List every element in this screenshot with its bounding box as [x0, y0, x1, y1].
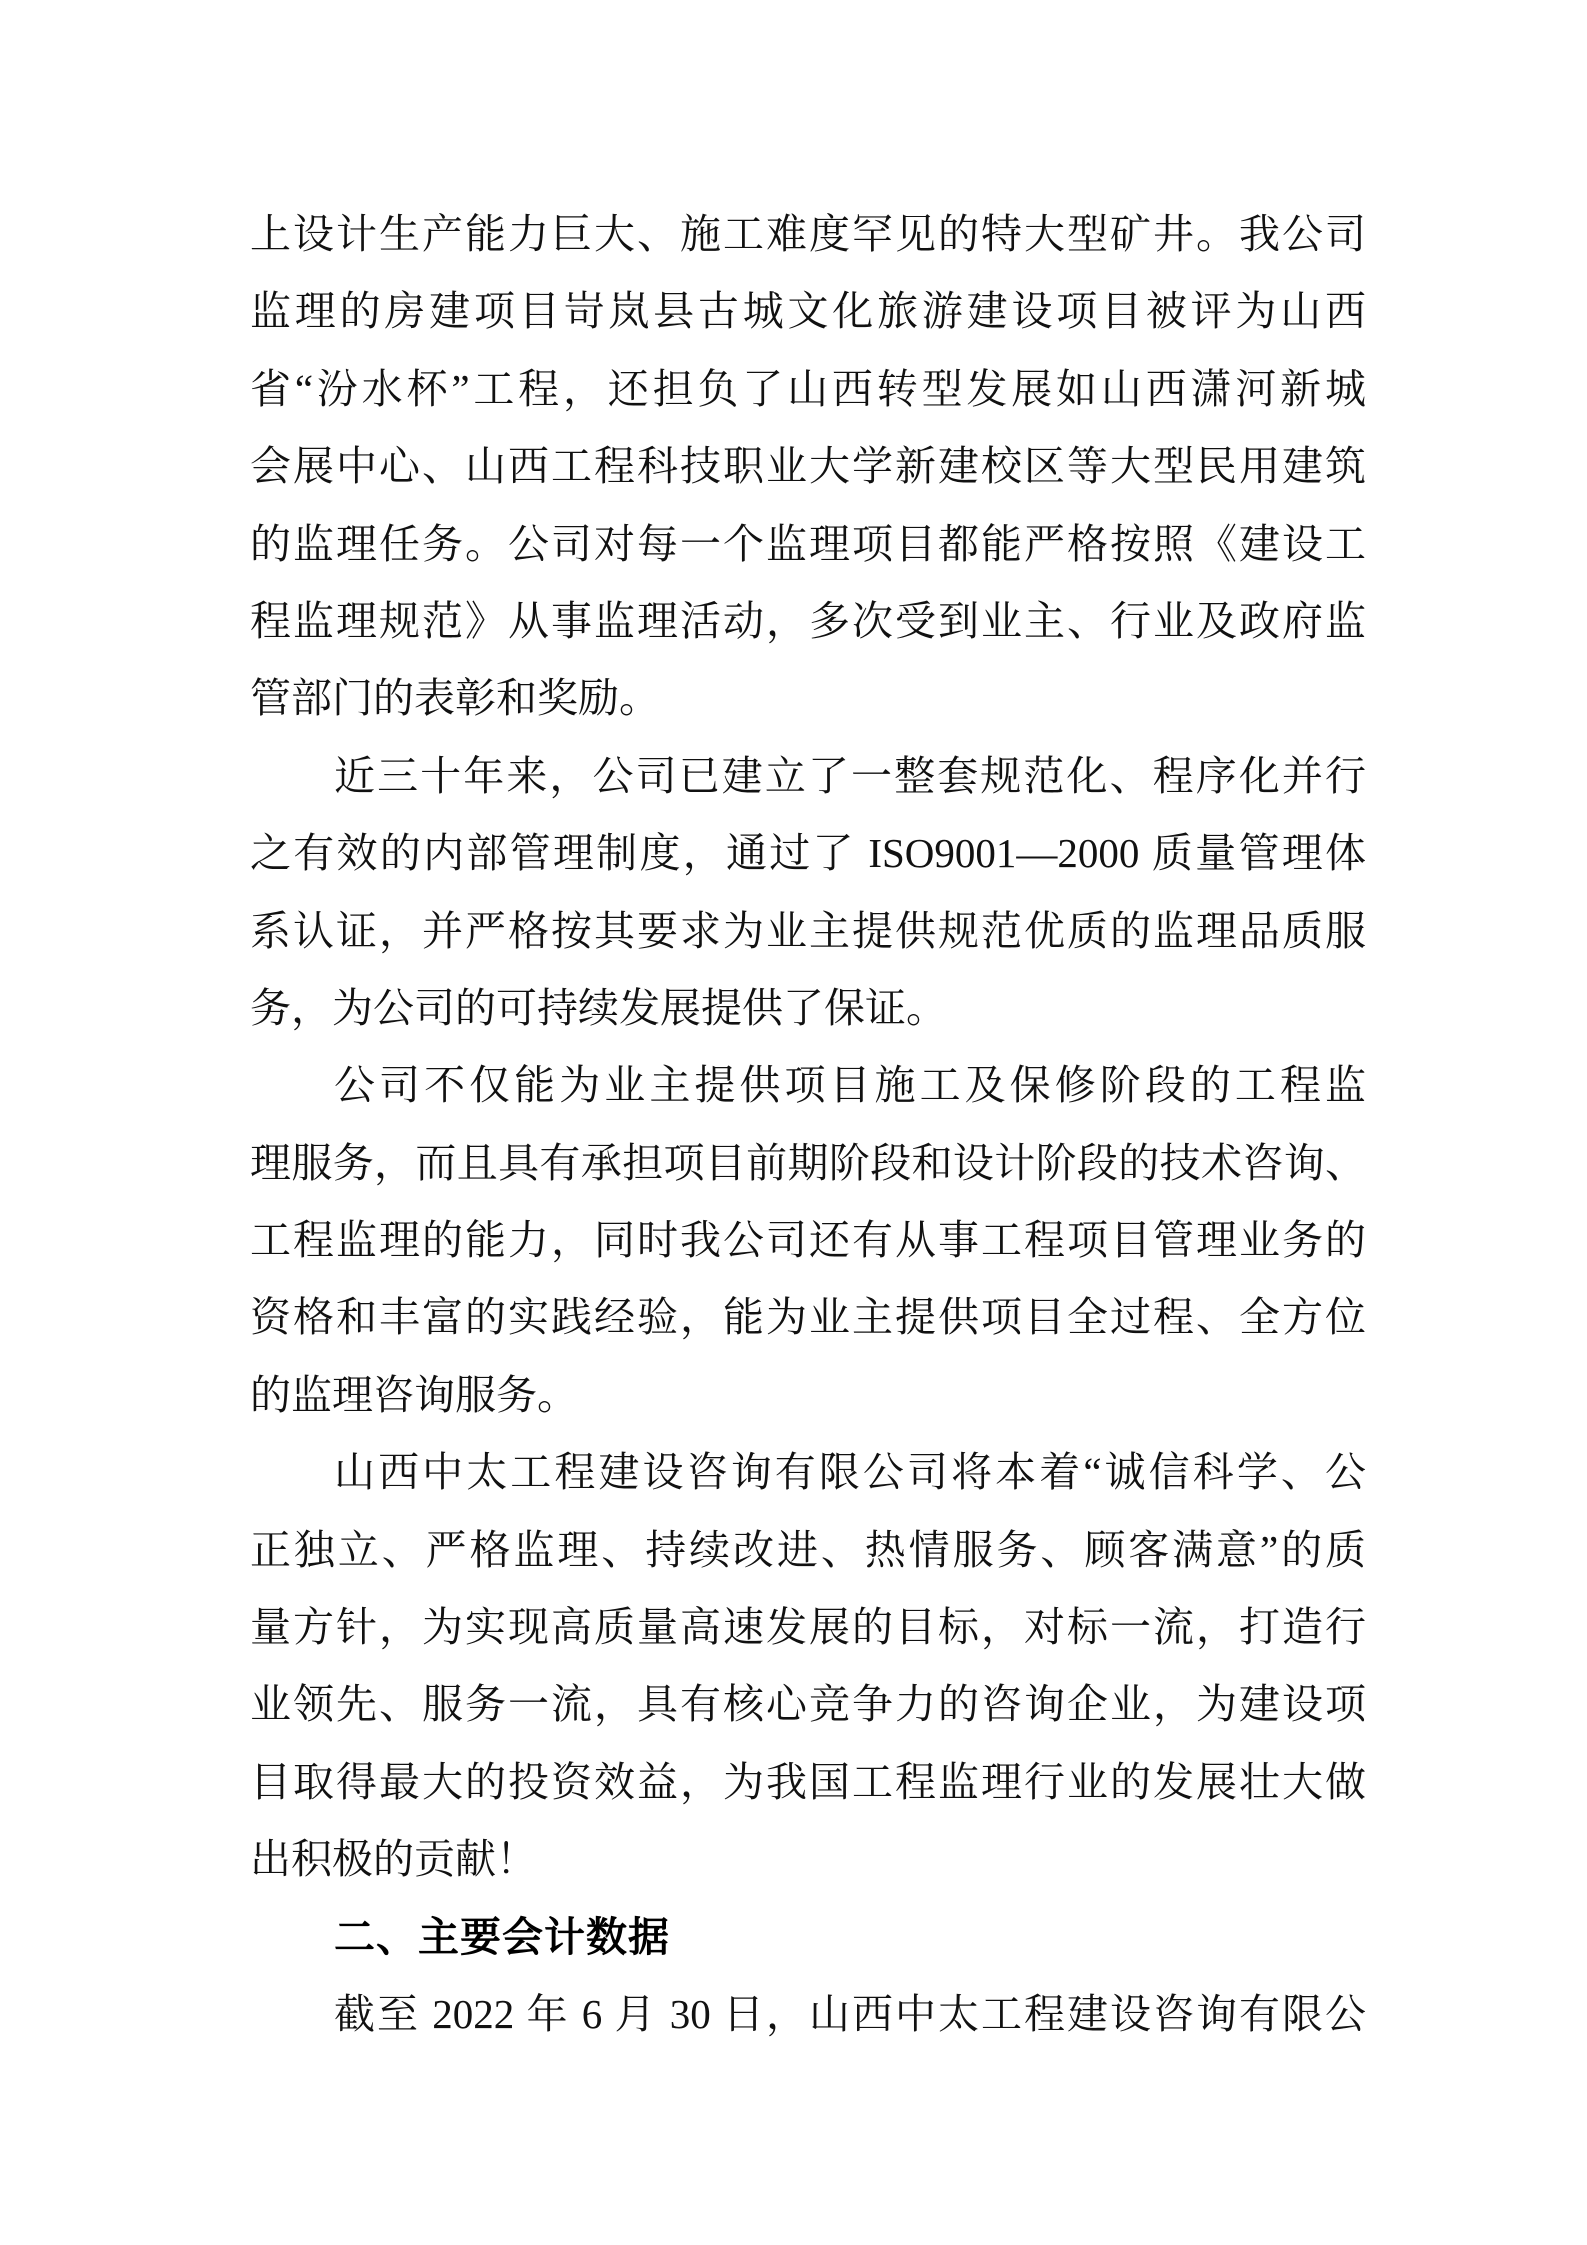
text-line: 系认证，并严格按其要求为业主提供规范优质的监理品质服 — [250, 893, 1366, 970]
text-line: 截至 2022 年 6 月 30 日，山西中太工程建设咨询有限公 — [250, 1976, 1366, 2053]
text-line: 上设计生产能力巨大、施工难度罕见的特大型矿井。我公司 — [250, 196, 1366, 273]
text-line: 程监理规范》从事监理活动，多次受到业主、行业及政府监 — [250, 583, 1366, 660]
text-line: 务，为公司的可持续发展提供了保证。 — [250, 970, 1366, 1047]
text-line: 理服务，而且具有承担项目前期阶段和设计阶段的技术咨询、 — [250, 1125, 1366, 1202]
text-line: 近三十年来，公司已建立了一整套规范化、程序化并行 — [250, 738, 1366, 815]
text-line: 省“汾水杯”工程，还担负了山西转型发展如山西潇河新城 — [250, 351, 1366, 428]
text-line: 出积极的贡献！ — [250, 1821, 1366, 1898]
text-line: 山西中太工程建设咨询有限公司将本着“诚信科学、公 — [250, 1434, 1366, 1511]
paragraph: 上设计生产能力巨大、施工难度罕见的特大型矿井。我公司 监理的房建项目岢岚县古城文… — [250, 196, 1366, 738]
text-line: 会展中心、山西工程科技职业大学新建校区等大型民用建筑 — [250, 428, 1366, 505]
section-heading: 二、主要会计数据 — [250, 1899, 1366, 1976]
text-line: 业领先、服务一流，具有核心竞争力的咨询企业，为建设项 — [250, 1666, 1366, 1743]
paragraph: 截至 2022 年 6 月 30 日，山西中太工程建设咨询有限公 — [250, 1976, 1366, 2053]
document-page: 上设计生产能力巨大、施工难度罕见的特大型矿井。我公司 监理的房建项目岢岚县古城文… — [0, 0, 1587, 2245]
text-line: 正独立、严格监理、持续改进、热情服务、顾客满意”的质 — [250, 1512, 1366, 1589]
text-line: 的监理任务。公司对每一个监理项目都能严格按照《建设工 — [250, 506, 1366, 583]
text-line: 公司不仅能为业主提供项目施工及保修阶段的工程监 — [250, 1047, 1366, 1124]
text-line: 资格和丰富的实践经验，能为业主提供项目全过程、全方位 — [250, 1279, 1366, 1356]
text-line: 目取得最大的投资效益，为我国工程监理行业的发展壮大做 — [250, 1744, 1366, 1821]
paragraph: 公司不仅能为业主提供项目施工及保修阶段的工程监 理服务，而且具有承担项目前期阶段… — [250, 1047, 1366, 1434]
paragraph: 山西中太工程建设咨询有限公司将本着“诚信科学、公 正独立、严格监理、持续改进、热… — [250, 1434, 1366, 1898]
text-line: 监理的房建项目岢岚县古城文化旅游建设项目被评为山西 — [250, 273, 1366, 350]
text-line: 工程监理的能力，同时我公司还有从事工程项目管理业务的 — [250, 1202, 1366, 1279]
text-block: 上设计生产能力巨大、施工难度罕见的特大型矿井。我公司 监理的房建项目岢岚县古城文… — [250, 196, 1366, 2053]
text-line: 的监理咨询服务。 — [250, 1357, 1366, 1434]
text-line: 管部门的表彰和奖励。 — [250, 660, 1366, 737]
text-line: 量方针，为实现高质量高速发展的目标，对标一流，打造行 — [250, 1589, 1366, 1666]
paragraph: 近三十年来，公司已建立了一整套规范化、程序化并行 之有效的内部管理制度，通过了 … — [250, 738, 1366, 1048]
text-line: 之有效的内部管理制度，通过了 ISO9001—2000 质量管理体 — [250, 815, 1366, 892]
